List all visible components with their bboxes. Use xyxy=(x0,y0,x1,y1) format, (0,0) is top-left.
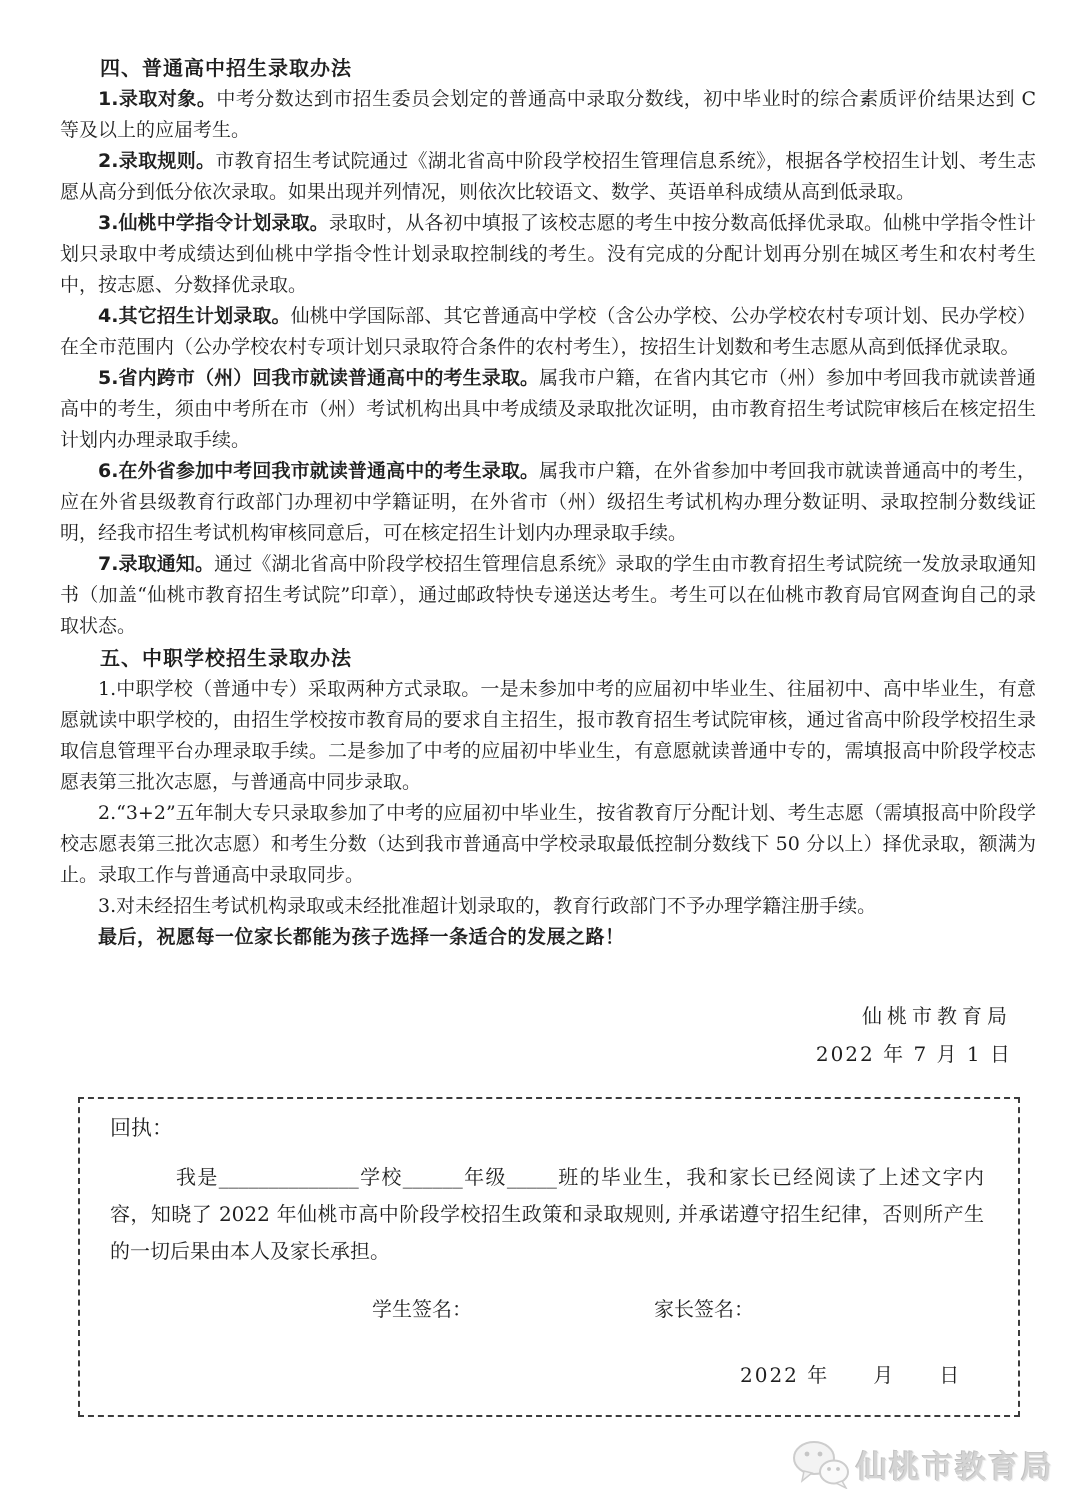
signoff-date: 2022 年 7 月 1 日 xyxy=(60,1035,1012,1073)
student-signature-label: 学生签名： xyxy=(372,1294,472,1324)
paragraph-lead: 5.省内跨市（州）回我市就读普通高中的考生录取。 xyxy=(98,367,539,389)
receipt-statement: 我是______________学校______年级_____班的毕业生，我和家… xyxy=(110,1159,988,1270)
receipt-box: 回执： 我是______________学校______年级_____班的毕业生… xyxy=(78,1097,1020,1417)
receipt-date-line: 2022 年 月 日 xyxy=(110,1360,988,1390)
paragraph-admission-notice: 7.录取通知。通过《湖北省高中阶段学校招生管理信息系统》录取的学生由市教育招生考… xyxy=(60,549,1036,642)
signoff-organization: 仙桃市教育局 xyxy=(60,997,1012,1035)
paragraph-lead: 2.录取规则。 xyxy=(98,150,215,172)
paragraph-other-plans: 4.其它招生计划录取。仙桃中学国际部、其它普通高中学校（含公办学校、公办学校农村… xyxy=(60,301,1036,363)
paragraph-xiantao-directive-plan: 3.仙桃中学指令计划录取。录取时，从各初中填报了该校志愿的考生中按分数高低择优录… xyxy=(60,208,1036,301)
watermark-text: 仙桃市教育局 xyxy=(856,1442,1054,1487)
closing-wish-line: 最后，祝愿每一位家长都能为孩子选择一条适合的发展之路！ xyxy=(60,922,1036,953)
receipt-label: 回执： xyxy=(110,1113,988,1143)
paragraph-admission-target: 1.录取对象。中考分数达到市招生委员会划定的普通高中录取分数线，初中毕业时的综合… xyxy=(60,84,1036,146)
paragraph-in-province-returnees: 5.省内跨市（州）回我市就读普通高中的考生录取。属我市户籍，在省内其它市（州）参… xyxy=(60,363,1036,456)
document-page: 四、普通高中招生录取办法 1.录取对象。中考分数达到市招生委员会划定的普通高中录… xyxy=(0,0,1080,1417)
section-heading-vocational: 五、中职学校招生录取办法 xyxy=(60,642,1036,674)
paragraph-lead: 1.录取对象。 xyxy=(98,88,216,110)
paragraph-vocational-two-ways: 1.中职学校（普通中专）采取两种方式录取。一是未参加中考的应届初中毕业生、往届初… xyxy=(60,674,1036,798)
signoff-block: 仙桃市教育局 2022 年 7 月 1 日 xyxy=(60,997,1036,1073)
section-heading-general: 四、普通高中招生录取办法 xyxy=(60,52,1036,84)
paragraph-lead: 4.其它招生计划录取。 xyxy=(98,305,291,327)
receipt-signature-row: 学生签名： 家长签名： xyxy=(110,1294,988,1324)
paragraph-lead: 6.在外省参加中考回我市就读普通高中的考生录取。 xyxy=(98,460,539,482)
paragraph-unregistered-admissions: 3.对未经招生考试机构录取或未经批准超计划录取的，教育行政部门不予办理学籍注册手… xyxy=(60,891,1036,922)
paragraph-lead: 7.录取通知。 xyxy=(98,553,214,575)
paragraph-3plus2-college: 2.“3+2”五年制大专只录取参加了中考的应届初中毕业生，按省教育厅分配计划、考… xyxy=(60,798,1036,891)
watermark: 仙桃市教育局 xyxy=(792,1439,1054,1489)
paragraph-lead: 3.仙桃中学指令计划录取。 xyxy=(98,212,329,234)
parent-signature-label: 家长签名： xyxy=(654,1294,754,1324)
paragraph-out-of-province-returnees: 6.在外省参加中考回我市就读普通高中的考生录取。属我市户籍，在外省参加中考回我市… xyxy=(60,456,1036,549)
wechat-icon xyxy=(792,1439,850,1489)
paragraph-admission-rules: 2.录取规则。市教育招生考试院通过《湖北省高中阶段学校招生管理信息系统》，根据各… xyxy=(60,146,1036,208)
